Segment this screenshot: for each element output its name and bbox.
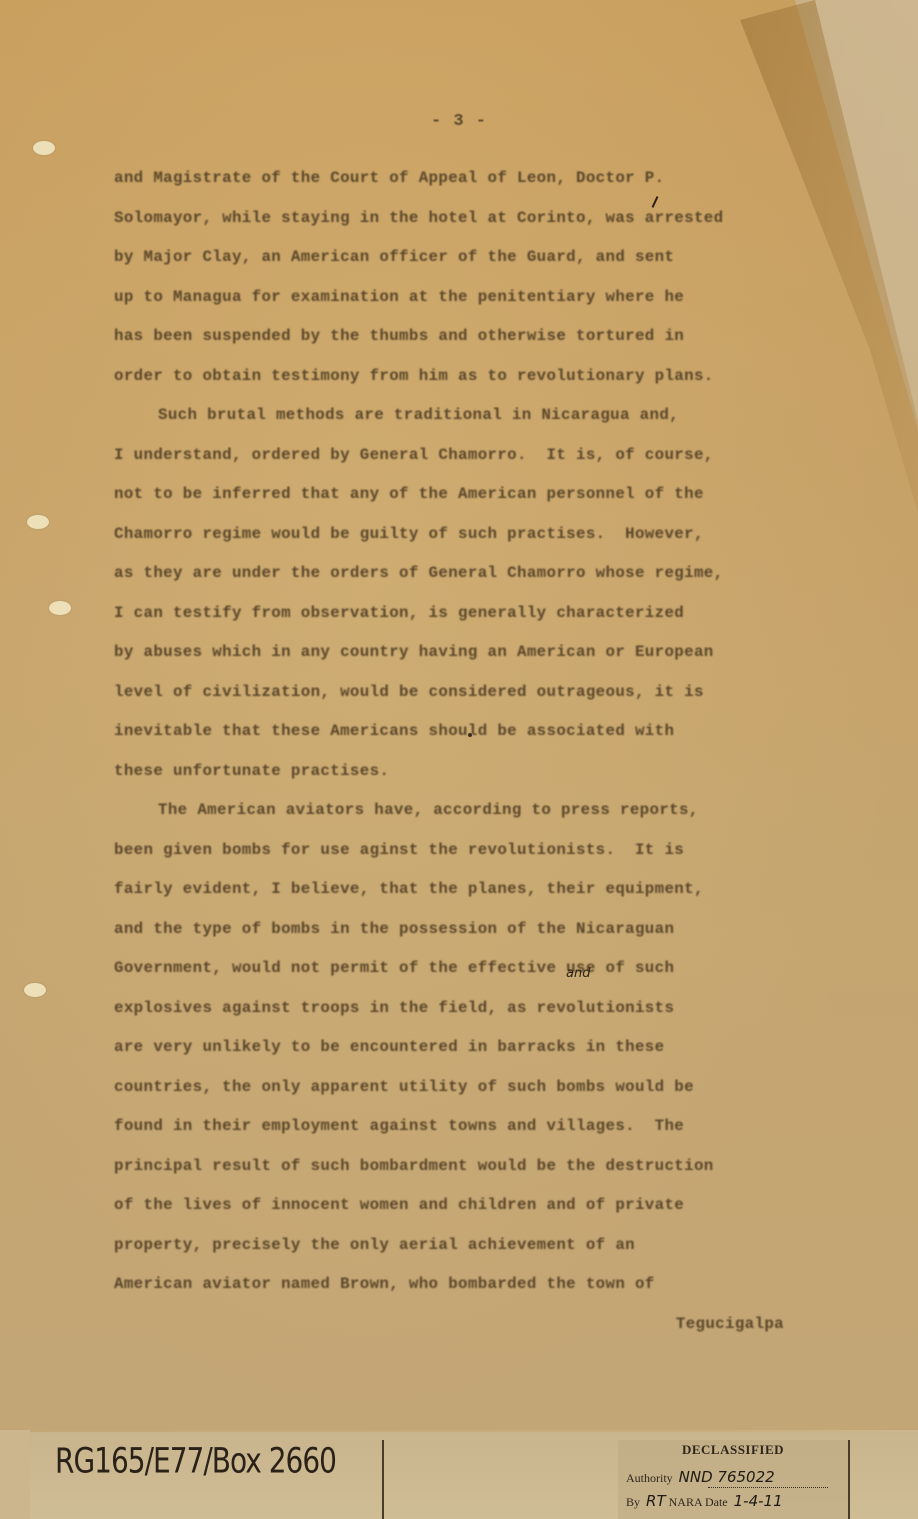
text-line: and Magistrate of the Court of Appeal of… [114, 168, 854, 208]
punch-hole [33, 141, 55, 155]
text-line: countries, the only apparent utility of … [114, 1077, 854, 1117]
text-line: as they are under the orders of General … [114, 563, 854, 603]
stamp-by-row: By RT NARA Date 1-4-11 [626, 1492, 783, 1510]
text-line: not to be inferred that any of the Ameri… [114, 484, 854, 524]
by-initials: RT [646, 1492, 666, 1510]
slip-divider [382, 1440, 384, 1519]
archive-reference-label: RG165/E77/Box 2660 [55, 1440, 336, 1481]
text-line: principal result of such bombardment wou… [114, 1156, 854, 1196]
text-line: these unfortunate practises. [114, 761, 854, 801]
authority-underline [708, 1486, 828, 1488]
date-label: Date [705, 1495, 728, 1509]
text-line: level of civilization, would be consider… [114, 682, 854, 722]
handwritten-insertion: and [566, 966, 590, 981]
text-line: Solomayor, while staying in the hotel at… [114, 208, 854, 248]
typed-body-text: and Magistrate of the Court of Appeal of… [114, 168, 854, 1353]
page-number: - 3 - [0, 112, 918, 131]
catchword: Tegucigalpa [114, 1314, 854, 1354]
punch-hole [27, 515, 49, 529]
agency-label: NARA [669, 1495, 702, 1509]
text-line: Government, would not permit of the effe… [114, 958, 854, 998]
text-line: has been suspended by the thumbs and oth… [114, 326, 854, 366]
text-line: found in their employment against towns … [114, 1116, 854, 1156]
text-line: of the lives of innocent women and child… [114, 1195, 854, 1235]
text-line: by abuses which in any country having an… [114, 642, 854, 682]
punch-hole [49, 601, 71, 615]
text-line: up to Managua for examination at the pen… [114, 287, 854, 327]
text-line: order to obtain testimony from him as to… [114, 366, 854, 406]
text-line: inevitable that these Americans should b… [114, 721, 854, 761]
text-line: fairly evident, I believe, that the plan… [114, 879, 854, 919]
text-line: explosives against troops in the field, … [114, 998, 854, 1038]
text-line: property, precisely the only aerial achi… [114, 1235, 854, 1275]
ink-dot [468, 733, 472, 737]
text-line: by Major Clay, an American officer of th… [114, 247, 854, 287]
authority-value: NND 765022 [679, 1468, 775, 1486]
text-line: Such brutal methods are traditional in N… [114, 405, 854, 445]
text-line: are very unlikely to be encountered in b… [114, 1037, 854, 1077]
punch-hole [24, 983, 46, 997]
text-line: been given bombs for use aginst the revo… [114, 840, 854, 880]
folder-edge [0, 1430, 30, 1519]
declassified-stamp: DECLASSIFIED Authority NND 765022 By RT … [618, 1440, 848, 1519]
authority-label: Authority [626, 1471, 673, 1485]
text-line: and the type of bombs in the possession … [114, 919, 854, 959]
text-line: American aviator named Brown, who bombar… [114, 1274, 854, 1314]
date-value: 1-4-11 [734, 1492, 783, 1510]
stamp-border [848, 1440, 850, 1519]
text-line: Chamorro regime would be guilty of such … [114, 524, 854, 564]
text-line: The American aviators have, according to… [114, 800, 854, 840]
by-label: By [626, 1495, 640, 1509]
text-line: I understand, ordered by General Chamorr… [114, 445, 854, 485]
text-line: I can testify from observation, is gener… [114, 603, 854, 643]
stamp-authority-row: Authority NND 765022 [626, 1468, 775, 1486]
stamp-title: DECLASSIFIED [618, 1442, 848, 1458]
